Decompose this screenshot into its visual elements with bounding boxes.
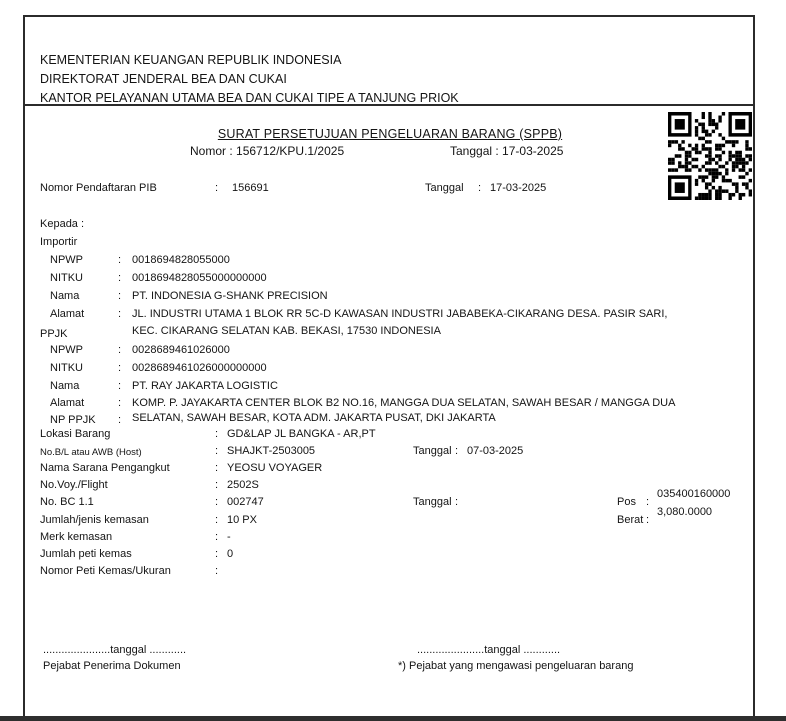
kepada-label: Kepada : — [40, 218, 84, 230]
sarana-value: YEOSU VOYAGER — [227, 462, 322, 474]
lokasi-label: Lokasi Barang — [40, 428, 110, 440]
pib-label: Nomor Pendaftaran PIB — [40, 182, 157, 194]
bl-date-value: 07-03-2025 — [467, 445, 523, 457]
pos-label: Pos — [617, 496, 636, 508]
sarana-colon: : — [215, 462, 218, 474]
ppjk-nitku-value: 0028689461026000000000 — [132, 362, 267, 374]
pib-date-colon: : — [478, 182, 481, 194]
nomor-peti-label: Nomor Peti Kemas/Ukuran — [40, 565, 171, 577]
importer-alamat-colon: : — [118, 308, 121, 320]
document-number: Nomor : 156712/KPU.1/2025 — [190, 144, 344, 158]
importer-nama-colon: : — [118, 290, 121, 302]
importer-alamat-line1: JL. INDUSTRI UTAMA 1 BLOK RR 5C-D KAWASA… — [132, 308, 667, 320]
ppjk-label: PPJK — [40, 328, 68, 340]
signature-left-title: Pejabat Penerima Dokumen — [43, 660, 181, 672]
document-date-value: 17-03-2025 — [502, 144, 563, 158]
importer-nitku-value: 0018694828055000000000 — [132, 272, 267, 284]
bc11-value: 002747 — [227, 496, 264, 508]
bc11-label: No. BC 1.1 — [40, 496, 94, 508]
importer-nama-label: Nama — [50, 290, 79, 302]
bl-label: No.B/L atau AWB (Host) — [40, 447, 142, 458]
importer-nitku-colon: : — [118, 272, 121, 284]
ppjk-alamat-label: Alamat — [50, 397, 84, 409]
bl-value: SHAJKT-2503005 — [227, 445, 315, 457]
agency-name: KEMENTERIAN KEUANGAN REPUBLIK INDONESIA — [40, 51, 341, 70]
document-date-label: Tanggal : — [450, 144, 499, 158]
pos-value: 035400160000 — [657, 488, 730, 500]
bc11-colon: : — [215, 496, 218, 508]
importer-alamat-line2: KEC. CIKARANG SELATAN KAB. BEKASI, 17530… — [132, 325, 441, 337]
merk-label: Merk kemasan — [40, 531, 112, 543]
importer-nama-value: PT. INDONESIA G-SHANK PRECISION — [132, 290, 328, 302]
peti-value: 0 — [227, 548, 233, 560]
agency-directorate: DIREKTORAT JENDERAL BEA DAN CUKAI — [40, 70, 287, 89]
importir-label: Importir — [40, 236, 77, 248]
berat-colon: : — [646, 514, 649, 526]
qr-code — [668, 112, 752, 200]
document-number-label: Nomor : — [190, 144, 233, 158]
lokasi-colon: : — [215, 428, 218, 440]
merk-colon: : — [215, 531, 218, 543]
signature-right-date-line: ......................tanggal ..........… — [417, 644, 560, 656]
np-ppjk-colon: : — [118, 414, 121, 426]
sppb-document: KEMENTERIAN KEUANGAN REPUBLIK INDONESIA … — [0, 0, 786, 721]
document-number-value: 156712/KPU.1/2025 — [236, 144, 344, 158]
importer-nitku-label: NITKU — [50, 272, 83, 284]
bottom-divider — [0, 716, 786, 721]
ppjk-alamat-colon: : — [118, 397, 121, 409]
kemasan-value: 10 PX — [227, 514, 257, 526]
ppjk-alamat-line1: KOMP. P. JAYAKARTA CENTER BLOK B2 NO.16,… — [132, 397, 675, 409]
pib-date-value: 17-03-2025 — [490, 182, 546, 194]
ppjk-npwp-colon: : — [118, 344, 121, 356]
document-title: SURAT PERSETUJUAN PENGELUARAN BARANG (SP… — [110, 127, 670, 141]
importer-npwp-colon: : — [118, 254, 121, 266]
kemasan-label: Jumlah/jenis kemasan — [40, 514, 149, 526]
lokasi-value: GD&LAP JL BANGKA - AR,PT — [227, 428, 376, 440]
ppjk-alamat-line2: SELATAN, SAWAH BESAR, KOTA ADM. JAKARTA … — [132, 412, 496, 424]
pib-date-label: Tanggal — [425, 182, 464, 194]
berat-value: 3,080.0000 — [657, 506, 712, 518]
ppjk-nama-colon: : — [118, 380, 121, 392]
ppjk-nitku-label: NITKU — [50, 362, 83, 374]
ppjk-nama-label: Nama — [50, 380, 79, 392]
voy-value: 2502S — [227, 479, 259, 491]
importer-alamat-label: Alamat — [50, 308, 84, 320]
pos-colon: : — [646, 496, 649, 508]
document-date: Tanggal : 17-03-2025 — [450, 144, 563, 158]
ppjk-npwp-label: NPWP — [50, 344, 83, 356]
bl-colon: : — [215, 445, 218, 457]
ppjk-nama-value: PT. RAY JAKARTA LOGISTIC — [132, 380, 278, 392]
sarana-label: Nama Sarana Pengangkut — [40, 462, 170, 474]
pib-colon: : — [215, 182, 218, 194]
voy-label: No.Voy./Flight — [40, 479, 108, 491]
peti-label: Jumlah peti kemas — [40, 548, 132, 560]
nomor-peti-colon: : — [215, 565, 218, 577]
importer-npwp-label: NPWP — [50, 254, 83, 266]
ppjk-npwp-value: 0028689461026000 — [132, 344, 230, 356]
np-ppjk-label: NP PPJK — [50, 414, 96, 426]
signature-left-date-line: ......................tanggal ..........… — [43, 644, 186, 656]
ppjk-nitku-colon: : — [118, 362, 121, 374]
merk-value: - — [227, 531, 231, 543]
bc11-date-colon: : — [455, 496, 458, 508]
voy-colon: : — [215, 479, 218, 491]
peti-colon: : — [215, 548, 218, 560]
signature-right-title: *) Pejabat yang mengawasi pengeluaran ba… — [398, 660, 633, 672]
bl-date-label: Tanggal — [413, 445, 452, 457]
berat-label: Berat — [617, 514, 643, 526]
importer-npwp-value: 0018694828055000 — [132, 254, 230, 266]
bc11-date-label: Tanggal — [413, 496, 452, 508]
pib-value: 156691 — [232, 182, 269, 194]
bl-date-colon: : — [455, 445, 458, 457]
agency-header-box: KEMENTERIAN KEUANGAN REPUBLIK INDONESIA … — [23, 15, 755, 106]
kemasan-colon: : — [215, 514, 218, 526]
